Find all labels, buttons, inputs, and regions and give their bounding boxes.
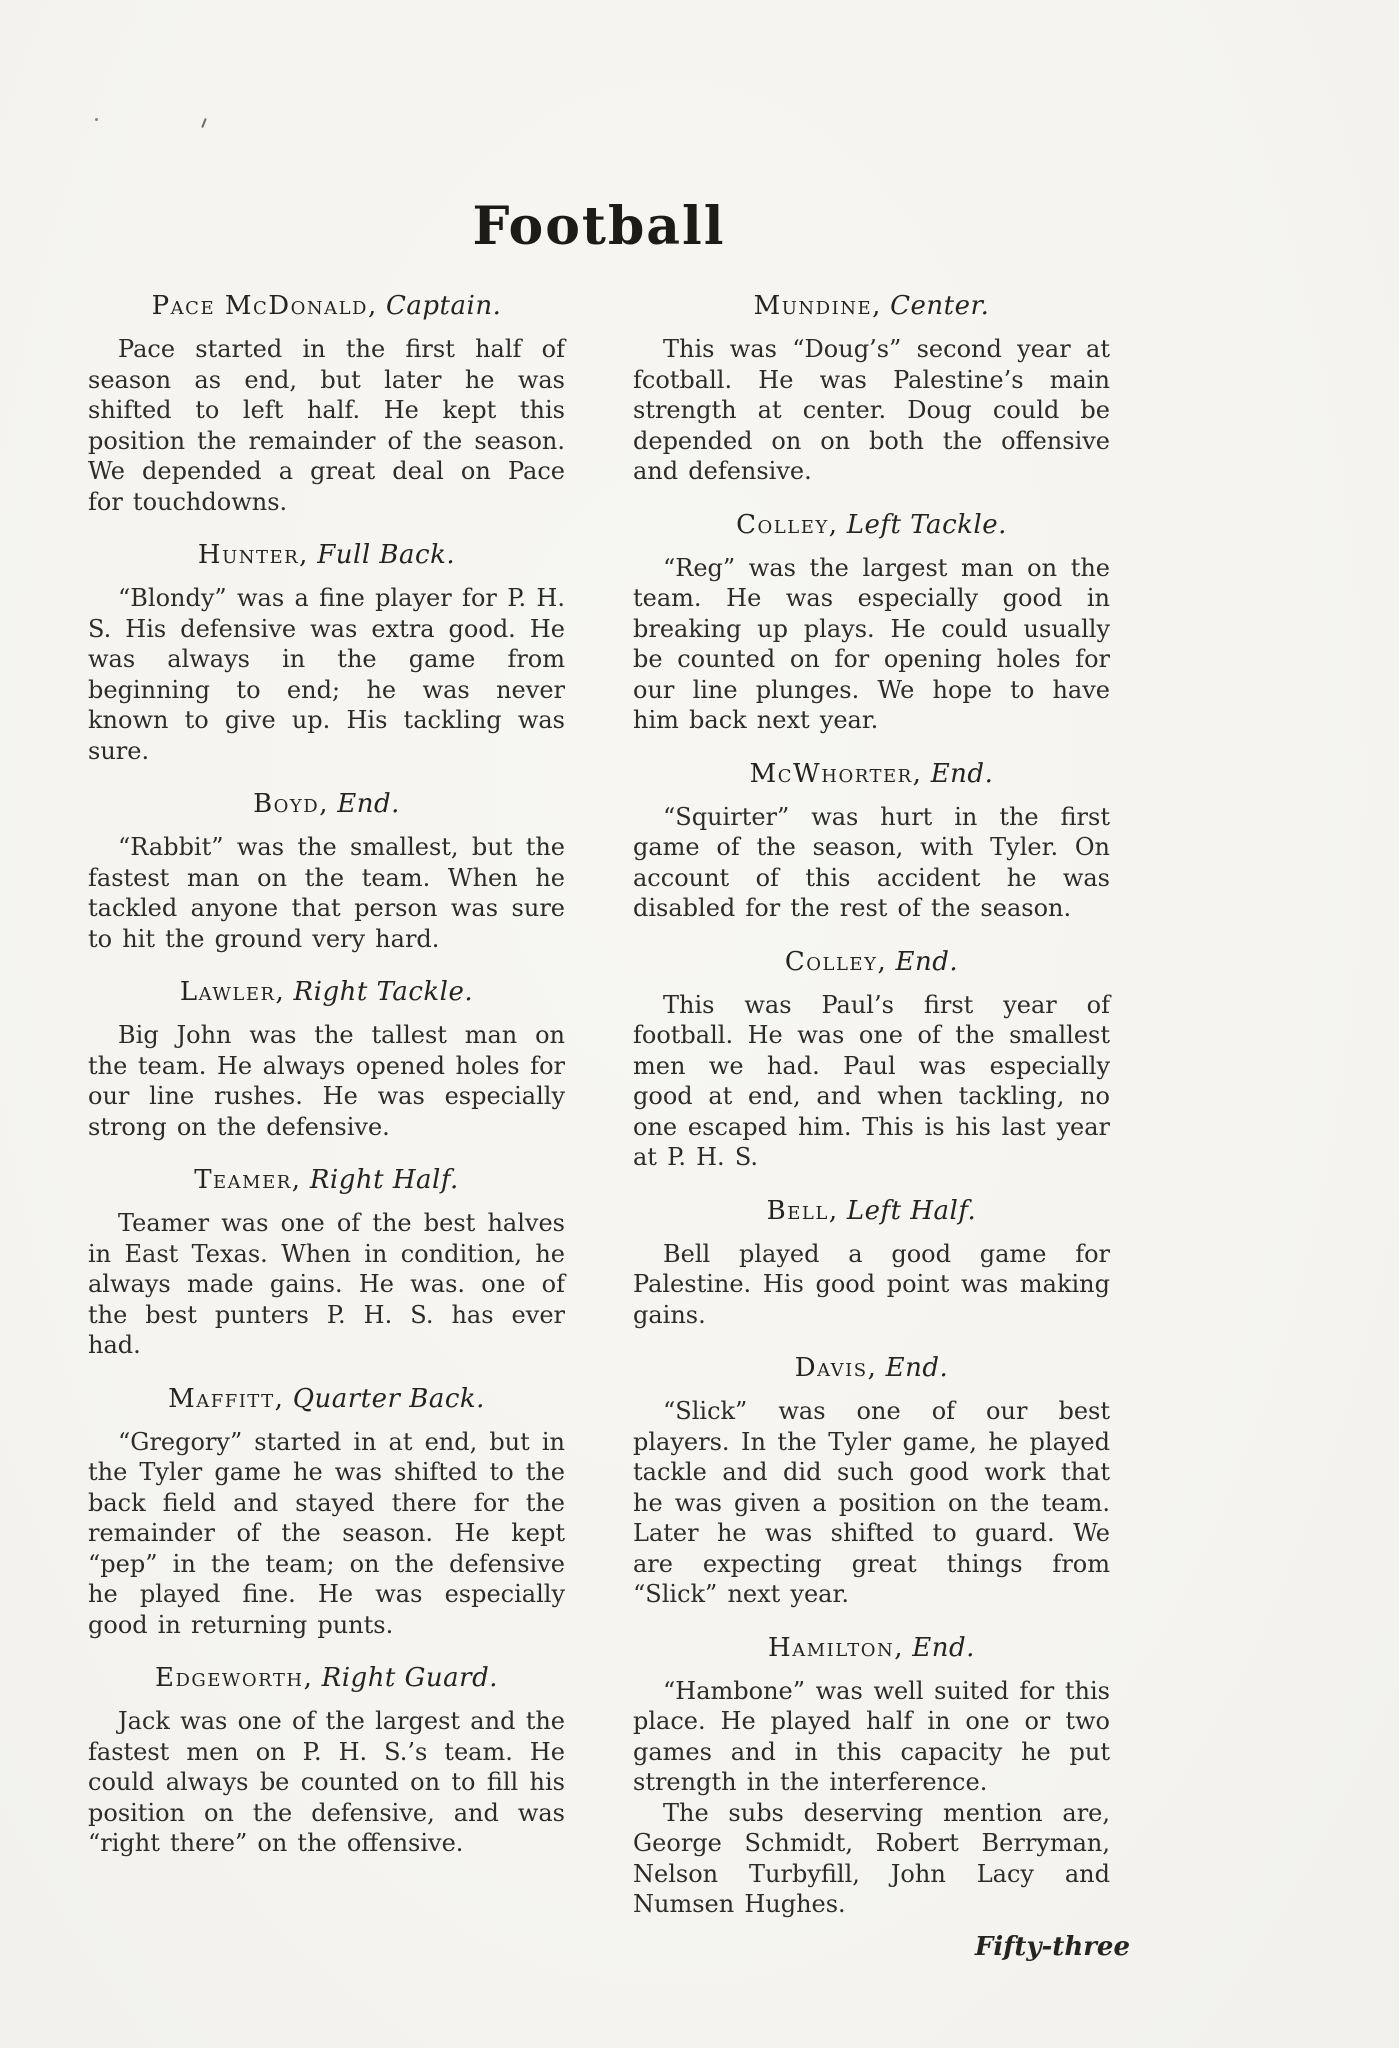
player-name: Boyd, — [253, 789, 329, 819]
player-position: End. — [931, 759, 994, 789]
player-description: “Hambone” was well suited for this place… — [633, 1676, 1110, 1798]
left-column: Pace McDonald, Captain. Pace started in … — [88, 290, 565, 1962]
page-content: Football Pace McDonald, Captain. Pace st… — [88, 0, 1110, 1962]
player-description: Big John was the tallest man on the team… — [88, 1020, 565, 1142]
player-position: Left Tackle. — [847, 510, 1007, 540]
player-heading: Lawler, Right Tackle. — [88, 976, 565, 1008]
player-description: Bell played a good game for Palestine. H… — [633, 1239, 1110, 1331]
entry-mcwhorter: McWhorter, End. “Squirter” was hurt in t… — [633, 758, 1110, 924]
entry-davis: Davis, End. “Slick” was one of our best … — [633, 1352, 1110, 1610]
player-name: Hamilton, — [768, 1633, 904, 1663]
player-position: Left Half. — [847, 1196, 976, 1226]
player-heading: Hamilton, End. — [633, 1632, 1110, 1664]
player-description: “Blondy” was a fine player for P. H. S. … — [88, 583, 565, 766]
player-heading: Bell, Left Half. — [633, 1195, 1110, 1227]
player-position: End. — [337, 789, 400, 819]
player-name: Colley, — [785, 947, 887, 977]
player-position: Captain. — [386, 291, 501, 321]
right-column: Mundine, Center. This was “Doug’s” secon… — [633, 290, 1110, 1962]
player-description: This was “Doug’s” second year at fcotbal… — [633, 334, 1110, 487]
player-heading: Hunter, Full Back. — [88, 539, 565, 571]
player-description: “Slick” was one of our best players. In … — [633, 1396, 1110, 1610]
player-position: Right Guard. — [322, 1663, 498, 1693]
entry-colley-left-tackle: Colley, Left Tackle. “Reg” was the large… — [633, 509, 1110, 736]
player-position: Quarter Back. — [293, 1384, 485, 1414]
player-name: Lawler, — [180, 977, 285, 1007]
player-name: McWhorter, — [750, 759, 923, 789]
entry-edgeworth: Edgeworth, Right Guard. Jack was one of … — [88, 1662, 565, 1859]
player-heading: Boyd, End. — [88, 788, 565, 820]
player-position: End. — [912, 1633, 975, 1663]
player-name: Bell, — [767, 1196, 839, 1226]
player-description: “Reg” was the largest man on the team. H… — [633, 553, 1110, 736]
player-position: Center. — [890, 291, 989, 321]
player-heading: Mundine, Center. — [633, 290, 1110, 322]
player-position: End. — [895, 947, 958, 977]
entry-maffitt: Maffitt, Quarter Back. “Gregory” started… — [88, 1383, 565, 1641]
player-description: Jack was one of the largest and the fast… — [88, 1706, 565, 1859]
player-heading: Edgeworth, Right Guard. — [88, 1662, 565, 1694]
player-position: End. — [886, 1353, 949, 1383]
player-name: Colley, — [736, 510, 838, 540]
player-description: This was Paul’s first year of football. … — [633, 990, 1110, 1173]
player-heading: McWhorter, End. — [633, 758, 1110, 790]
entry-pace-mcdonald: Pace McDonald, Captain. Pace started in … — [88, 290, 565, 517]
entry-mundine: Mundine, Center. This was “Doug’s” secon… — [633, 290, 1110, 487]
entry-teamer: Teamer, Right Half. Teamer was one of th… — [88, 1164, 565, 1361]
entry-hamilton: Hamilton, End. “Hambone” was well suited… — [633, 1632, 1110, 1920]
entry-lawler: Lawler, Right Tackle. Big John was the t… — [88, 976, 565, 1142]
player-heading: Colley, Left Tackle. — [633, 509, 1110, 541]
player-heading: Maffitt, Quarter Back. — [88, 1383, 565, 1415]
entry-bell: Bell, Left Half. Bell played a good game… — [633, 1195, 1110, 1331]
player-name: Maffitt, — [168, 1384, 284, 1414]
entry-colley-end: Colley, End. This was Paul’s first year … — [633, 946, 1110, 1173]
player-name: Hunter, — [198, 540, 309, 570]
player-name: Teamer, — [194, 1165, 301, 1195]
entry-hunter: Hunter, Full Back. “Blondy” was a fine p… — [88, 539, 565, 766]
player-name: Edgeworth, — [155, 1663, 313, 1693]
player-description: “Gregory” started in at end, but in the … — [88, 1427, 565, 1641]
player-description: “Rabbit” was the smallest, but the faste… — [88, 832, 565, 954]
yearbook-page: Football Pace McDonald, Captain. Pace st… — [0, 0, 1399, 2048]
player-heading: Pace McDonald, Captain. — [88, 290, 565, 322]
player-name: Davis, — [795, 1353, 878, 1383]
player-position: Right Tackle. — [294, 977, 474, 1007]
player-position: Full Back. — [317, 540, 455, 570]
player-heading: Teamer, Right Half. — [88, 1164, 565, 1196]
page-number: Fifty-three — [633, 1932, 1130, 1962]
two-column-layout: Pace McDonald, Captain. Pace started in … — [88, 290, 1110, 1962]
page-title: Football — [88, 198, 1110, 256]
player-description: “Squirter” was hurt in the first game of… — [633, 802, 1110, 924]
player-position: Right Half. — [310, 1165, 459, 1195]
player-description: Teamer was one of the best halves in Eas… — [88, 1208, 565, 1361]
player-description: Pace started in the first half of season… — [88, 334, 565, 517]
subs-paragraph: The subs deserving mention are, George S… — [633, 1798, 1110, 1920]
player-heading: Colley, End. — [633, 946, 1110, 978]
entry-boyd: Boyd, End. “Rabbit” was the smallest, bu… — [88, 788, 565, 954]
player-heading: Davis, End. — [633, 1352, 1110, 1384]
player-name: Mundine, — [754, 291, 882, 321]
player-name: Pace McDonald, — [152, 291, 378, 321]
